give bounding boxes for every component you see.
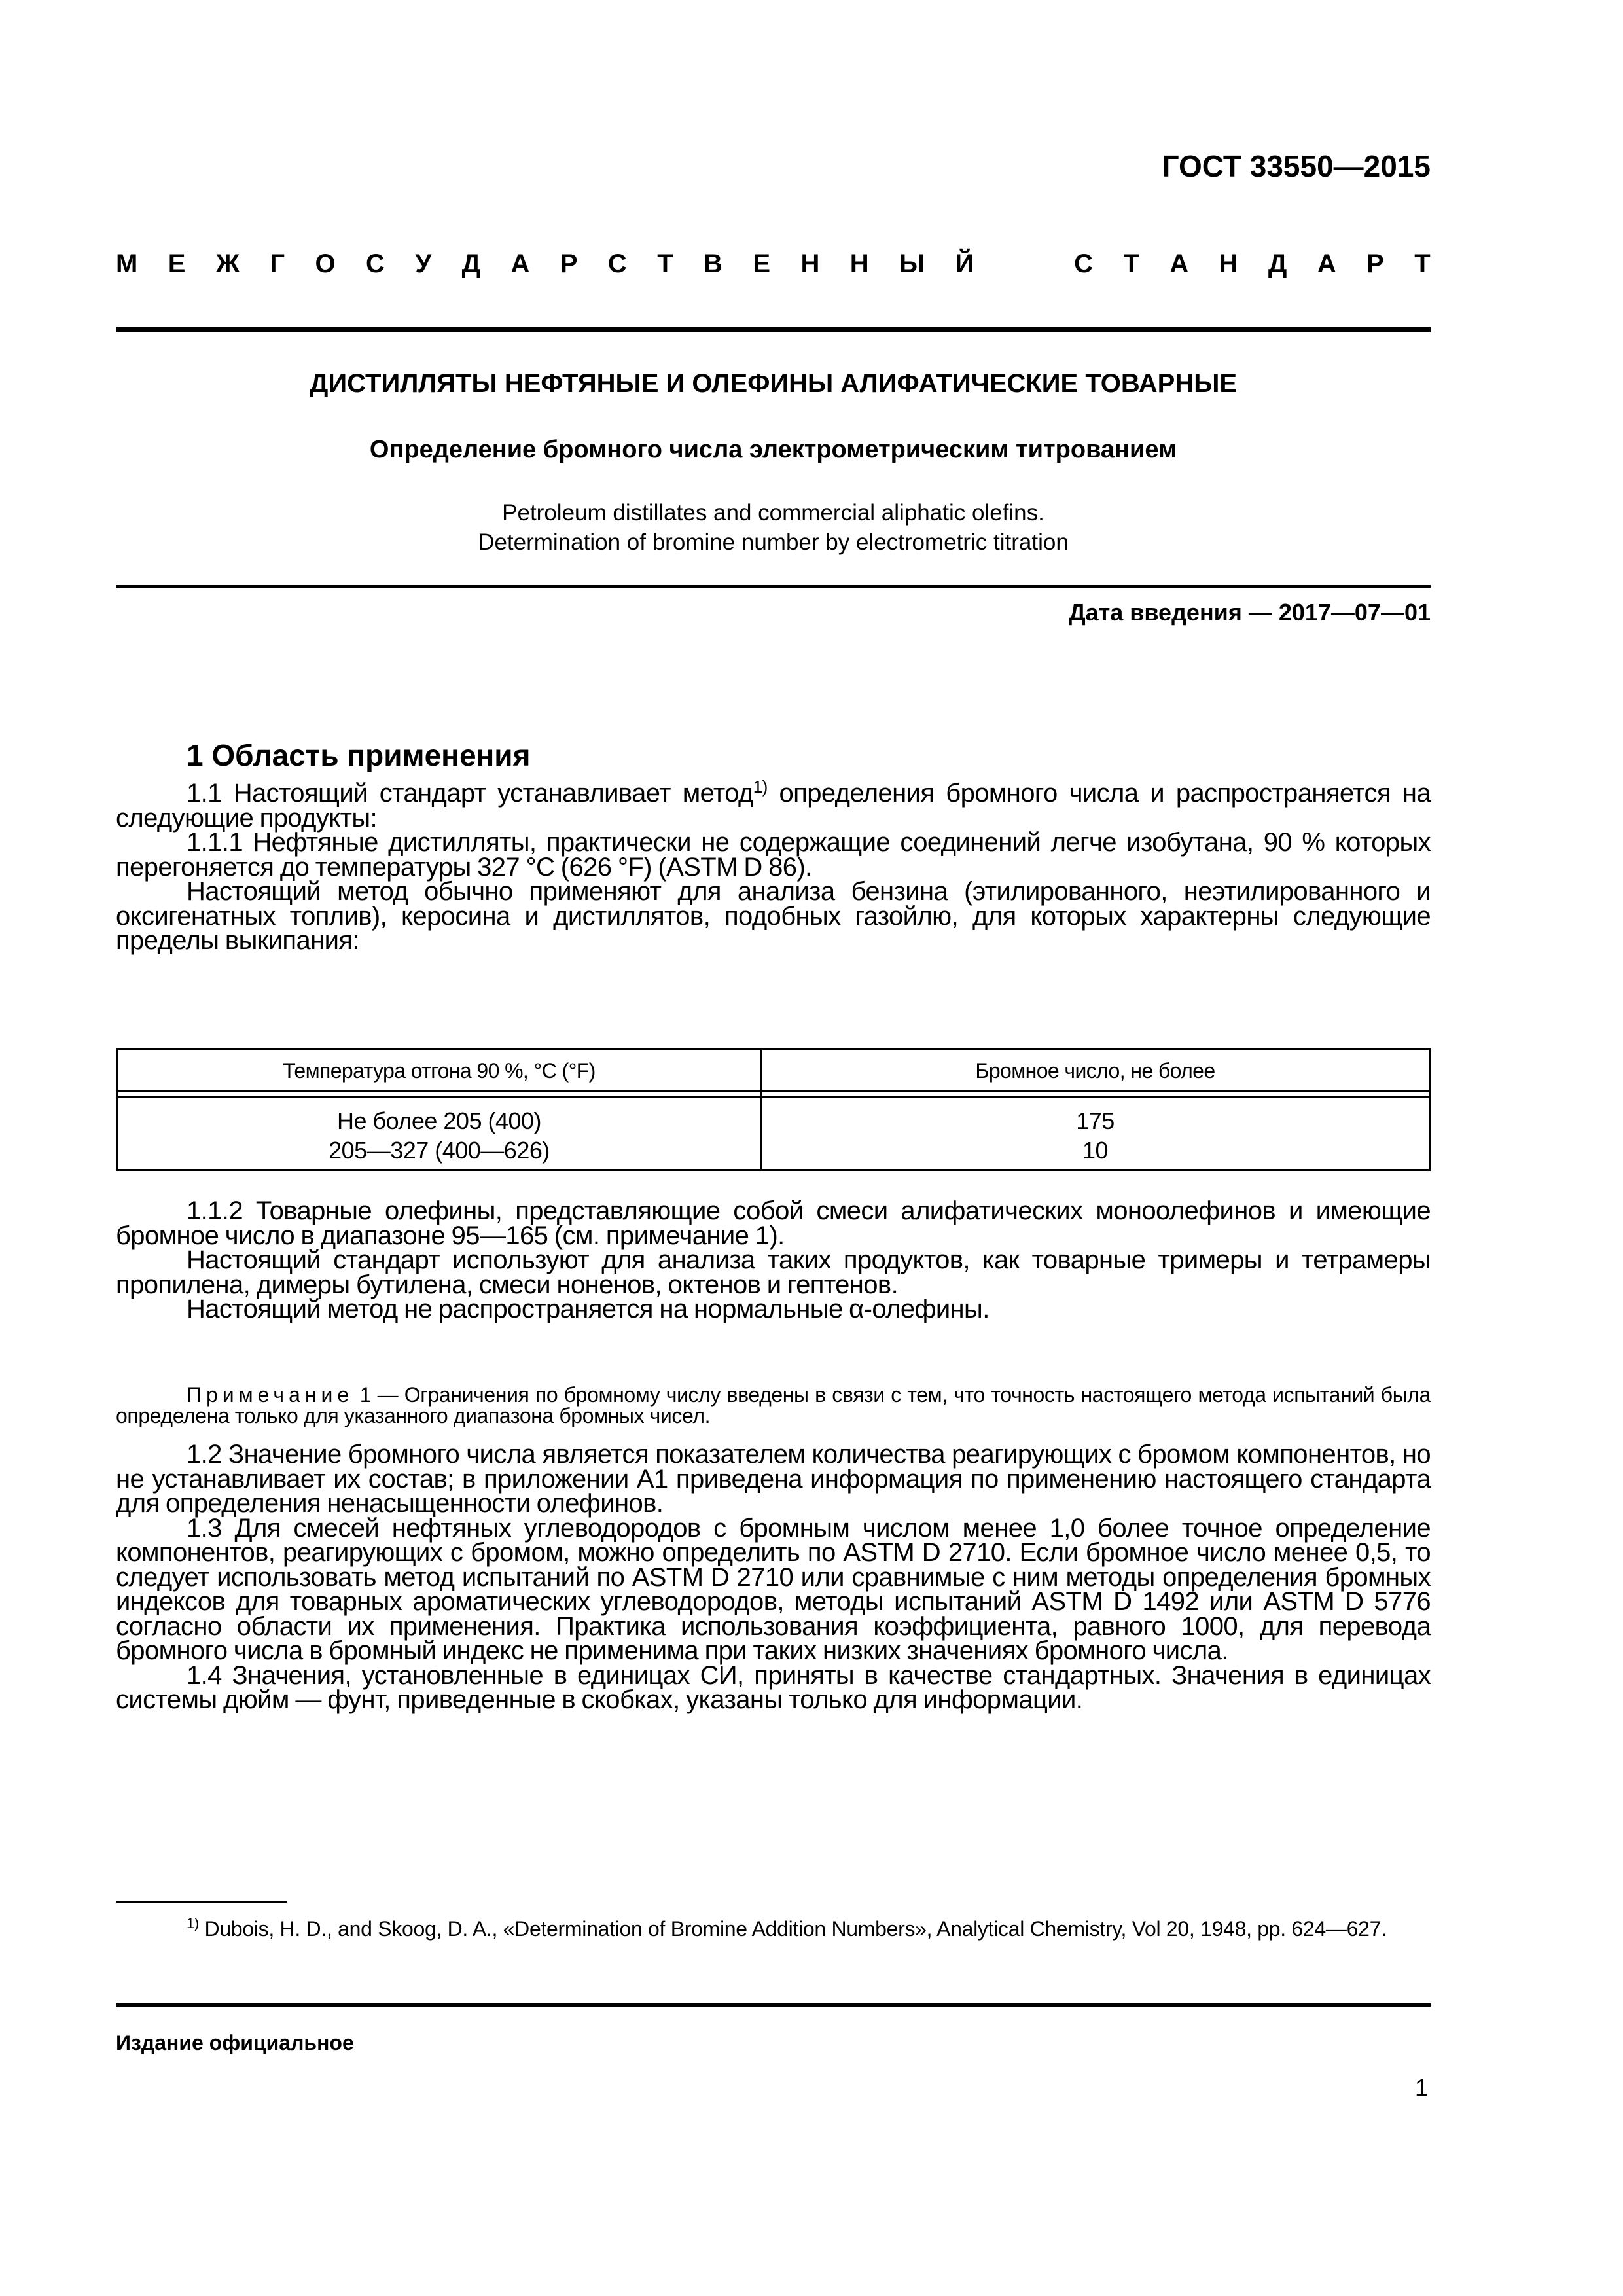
table-header-bromine-number: Бромное число, не более bbox=[762, 1050, 1429, 1092]
table-cell: 175 bbox=[762, 1106, 1429, 1136]
banner-letter: С bbox=[366, 247, 385, 280]
section-heading: 1 Область применения bbox=[187, 737, 530, 774]
banner-letter: Е bbox=[753, 247, 770, 280]
table-cell: Не более 205 (400) bbox=[118, 1106, 760, 1136]
paragraph-standard-used: Настоящий стандарт используют для анализ… bbox=[116, 1248, 1431, 1297]
banner-letter: Т bbox=[1123, 247, 1139, 280]
paragraph-1-2: 1.2 Значение бромного числа является пок… bbox=[116, 1443, 1431, 1516]
table-cell: 10 bbox=[762, 1136, 1429, 1165]
section-body-top: 1.1 Настоящий стандарт устанавливает мет… bbox=[116, 781, 1431, 954]
standard-type-banner: МЕЖГОСУДАРСТВЕННЫЙСТАНДАРТ bbox=[116, 247, 1431, 280]
table-cell: 205—327 (400—626) bbox=[118, 1136, 760, 1165]
banner-letter: Н bbox=[850, 247, 869, 280]
banner-letter: Т bbox=[1414, 247, 1430, 280]
banner-letter: А bbox=[511, 247, 530, 280]
footnote-text: Dubois, H. D., and Skoog, D. A., «Determ… bbox=[199, 1917, 1387, 1941]
banner-letter: Ы bbox=[899, 247, 925, 280]
banner-letter: Р bbox=[560, 247, 578, 280]
introduction-date: Дата введения — 2017—07—01 bbox=[116, 597, 1431, 628]
english-title: Petroleum distillates and commercial ali… bbox=[116, 498, 1431, 557]
footnote-marker: 1) bbox=[187, 1915, 199, 1931]
table-header-temperature: Температура отгона 90 %, °С (°F) bbox=[118, 1050, 760, 1092]
banner-letter: Ж bbox=[216, 247, 240, 280]
banner-letter: У bbox=[415, 247, 431, 280]
paragraph-1-1-1: 1.1.1 Нефтяные дистилляты, практически н… bbox=[116, 831, 1431, 880]
page-number: 1 bbox=[1415, 2075, 1428, 2101]
banner-letter: М bbox=[116, 247, 137, 280]
banner-letter: Д bbox=[462, 247, 481, 280]
english-title-line1: Petroleum distillates and commercial ali… bbox=[116, 498, 1431, 528]
paragraph-method: Настоящий метод обычно применяют для ана… bbox=[116, 880, 1431, 954]
table-header-double-rule bbox=[118, 1096, 1429, 1098]
section-body-mid: 1.1.2 Товарные олефины, представляющие с… bbox=[116, 1199, 1431, 1322]
banner-letter: Г bbox=[270, 247, 285, 280]
banner-letter: Н bbox=[1219, 247, 1238, 280]
table-column-bromine-number: 175 10 bbox=[762, 1106, 1429, 1165]
paragraph-1-1: 1.1 Настоящий стандарт устанавливает мет… bbox=[116, 781, 1431, 831]
footer-rule bbox=[116, 2003, 1431, 2007]
paragraph-1-4: 1.4 Значения, установленные в единицах С… bbox=[116, 1664, 1431, 1713]
banner-letter: Д bbox=[1268, 247, 1287, 280]
banner-letter: Е bbox=[168, 247, 186, 280]
banner-letter: Й bbox=[955, 247, 974, 280]
header-rule bbox=[116, 327, 1431, 332]
banner-letter: Н bbox=[800, 247, 819, 280]
footnote-reference[interactable]: 1) bbox=[753, 777, 768, 797]
banner-letter: Р bbox=[1366, 247, 1384, 280]
banner-letter: О bbox=[315, 247, 335, 280]
english-title-line2: Determination of bromine number by elect… bbox=[116, 528, 1431, 557]
table-column-temperature: Не более 205 (400) 205—327 (400—626) bbox=[118, 1106, 760, 1165]
document-title: ДИСТИЛЛЯТЫ НЕФТЯНЫЕ И ОЛЕФИНЫ АЛИФАТИЧЕС… bbox=[116, 368, 1431, 399]
document-subtitle: Определение бромного числа электрометрич… bbox=[116, 435, 1431, 465]
section-body-bottom: 1.2 Значение бромного числа является пок… bbox=[116, 1443, 1431, 1713]
official-edition-label: Издание официальное bbox=[116, 2030, 354, 2056]
note-1: Примечание 1 — Ограничения по бромному ч… bbox=[116, 1384, 1431, 1426]
paragraph-1-3: 1.3 Для смесей нефтяных углеводородов с … bbox=[116, 1516, 1431, 1664]
paragraph-not-applicable: Настоящий метод не распространяется на н… bbox=[116, 1297, 1431, 1322]
document-page: ГОСТ 33550—2015 МЕЖГОСУДАРСТВЕННЫЙСТАНДА… bbox=[0, 0, 1623, 2296]
note-label: Примечание bbox=[187, 1383, 353, 1407]
banner-letter: А bbox=[1317, 247, 1336, 280]
footnote-separator bbox=[116, 1901, 287, 1903]
banner-letter: С bbox=[1074, 247, 1093, 280]
banner-letter: Т bbox=[657, 247, 673, 280]
footnote: 1) Dubois, H. D., and Skoog, D. A., «Det… bbox=[116, 1914, 1431, 1944]
banner-letter: В bbox=[704, 247, 722, 280]
banner-letter: С bbox=[608, 247, 627, 280]
paragraph-1-1-2: 1.1.2 Товарные олефины, представляющие с… bbox=[116, 1199, 1431, 1248]
title-rule bbox=[116, 585, 1431, 588]
boiling-range-table: Температура отгона 90 %, °С (°F) Бромное… bbox=[116, 1048, 1431, 1171]
standard-number: ГОСТ 33550—2015 bbox=[1162, 147, 1431, 186]
banner-letter: А bbox=[1169, 247, 1188, 280]
